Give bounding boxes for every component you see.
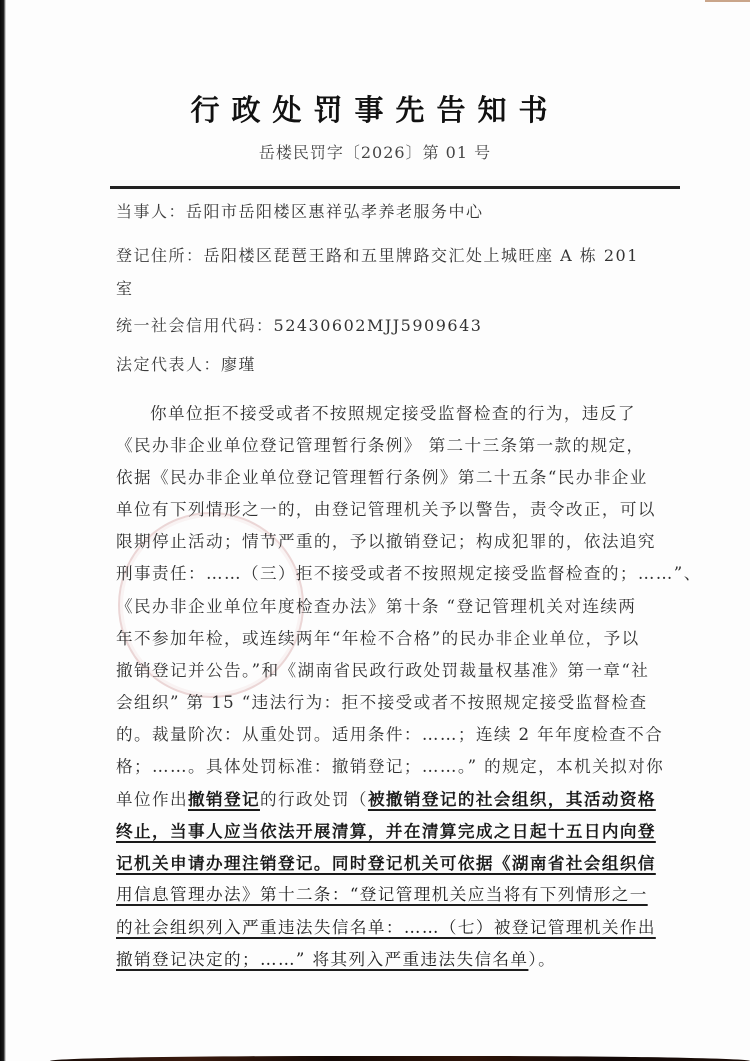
body-line: 格；……。具体处罚标准：撤销登记；……。” 的规定，本机关拟对你 — [116, 751, 658, 783]
party-field: 当事人：岳阳市岳阳楼区惠祥弘孝养老服务中心 — [116, 199, 484, 222]
address-field: 登记住所：岳阳楼区琵琶王路和五里牌路交汇处上城旺座 A 栋 201 — [116, 243, 639, 266]
credit-code-field: 统一社会信用代码：52430602MJJ5909643 — [116, 313, 482, 336]
document-page: 行政处罚事先告知书 岳楼民罚字〔2026〕第 01 号 当事人：岳阳市岳阳楼区惠… — [0, 0, 750, 1061]
address-value-continued: 室 — [116, 279, 134, 298]
address-value: 岳阳楼区琵琶王路和五里牌路交汇处上城旺座 A 栋 201 — [204, 246, 639, 265]
address-label: 登记住所： — [116, 246, 204, 265]
penalty-consequence-line: 用信息管理办法》第十二条：“登记管理机关应当将有下列情形之一 — [116, 879, 658, 911]
penalty-consequence-text: 记机关申请办理注销登记。同时登记机关可依据《湖南省社会组织信 — [116, 853, 656, 873]
legal-representative-label: 法定代表人： — [116, 355, 221, 374]
penalty-consequence-start: 被撤销登记的社会组织，其活动资格 — [368, 789, 656, 809]
penalty-prefix: 单位作出 — [116, 790, 188, 809]
penalty-closing: ）。 — [528, 950, 556, 969]
penalty-line: 单位作出撤销登记的行政处罚（被撤销登记的社会组织，其活动资格 — [116, 783, 658, 815]
penalty-type: 撤销登记 — [188, 789, 260, 809]
penalty-consequence-text: 的社会组织列入严重违法失信名单：……（七）被登记管理机关作出 — [116, 918, 656, 937]
body-line: 刑事责任：……（三）拒不接受或者不按照规定接受监督检查的；……”、 — [116, 558, 658, 590]
body-line: 限期停止活动；情节严重的，予以撤销登记；构成犯罪的，依法追究 — [116, 526, 658, 558]
penalty-consequence-line: 的社会组织列入严重违法失信名单：……（七）被登记管理机关作出 — [116, 912, 658, 944]
body-line: 年不参加年检，或连续两年“年检不合格”的民办非企业单位，予以 — [116, 623, 658, 655]
party-label: 当事人： — [116, 202, 186, 221]
legal-representative-value: 廖瑾 — [221, 355, 256, 374]
document-number: 岳楼民罚字〔2026〕第 01 号 — [0, 140, 750, 163]
address-field-continued: 室 — [116, 276, 134, 299]
header-divider — [110, 186, 680, 189]
penalty-consequence-line: 终止，当事人应当依法开展清算，并在清算完成之日起十五日内向登 — [116, 815, 658, 847]
notice-body: 你单位拒不接受或者不按照规定接受监督检查的行为，违反了 《民办非企业单位登记管理… — [116, 398, 658, 976]
penalty-consequence-text: 终止，当事人应当依法开展清算，并在清算完成之日起十五日内向登 — [116, 821, 656, 841]
body-line: 的。裁量阶次：从重处罚。适用条件：……；连续 2 年年度检查不合 — [116, 719, 658, 751]
body-line: 撤销登记并公告。”和《湖南省民政行政处罚裁量权基准》第一章“社 — [116, 655, 658, 687]
penalty-consequence-text: 撤销登记决定的；……” 将其列入严重违法失信名单 — [116, 950, 528, 969]
body-line: 《民办非企业单位登记管理暂行条例》 第二十三条第一款的规定， — [116, 430, 658, 462]
body-line: 《民办非企业单位年度检查办法》第十条 “登记管理机关对连续两 — [116, 591, 658, 623]
penalty-consequence-text: 用信息管理办法》第十二条：“登记管理机关应当将有下列情形之一 — [116, 885, 648, 904]
body-line: 会组织” 第 15 “违法行为：拒不接受或者不按照规定接受监督检查 — [116, 687, 658, 719]
penalty-mid: 的行政处罚（ — [260, 790, 368, 809]
body-line: 你单位拒不接受或者不按照规定接受监督检查的行为，违反了 — [116, 398, 658, 430]
body-line: 单位有下列情形之一的，由登记管理机关予以警告，责令改正，可以 — [116, 494, 658, 526]
penalty-consequence-line: 撤销登记决定的；……” 将其列入严重违法失信名单）。 — [116, 944, 658, 976]
penalty-consequence-line: 记机关申请办理注销登记。同时登记机关可依据《湖南省社会组织信 — [116, 847, 658, 879]
party-value: 岳阳市岳阳楼区惠祥弘孝养老服务中心 — [186, 202, 484, 221]
document-title: 行政处罚事先告知书 — [0, 88, 750, 129]
legal-representative-field: 法定代表人：廖瑾 — [116, 352, 256, 375]
scan-top-edge — [705, 0, 750, 2]
scan-bottom-border — [50, 1056, 750, 1061]
credit-code-value: 52430602MJJ5909643 — [274, 316, 483, 335]
credit-code-label: 统一社会信用代码： — [116, 316, 274, 335]
body-line: 依据《民办非企业单位登记管理暂行条例》第二十五条“民办非企业 — [116, 462, 658, 494]
